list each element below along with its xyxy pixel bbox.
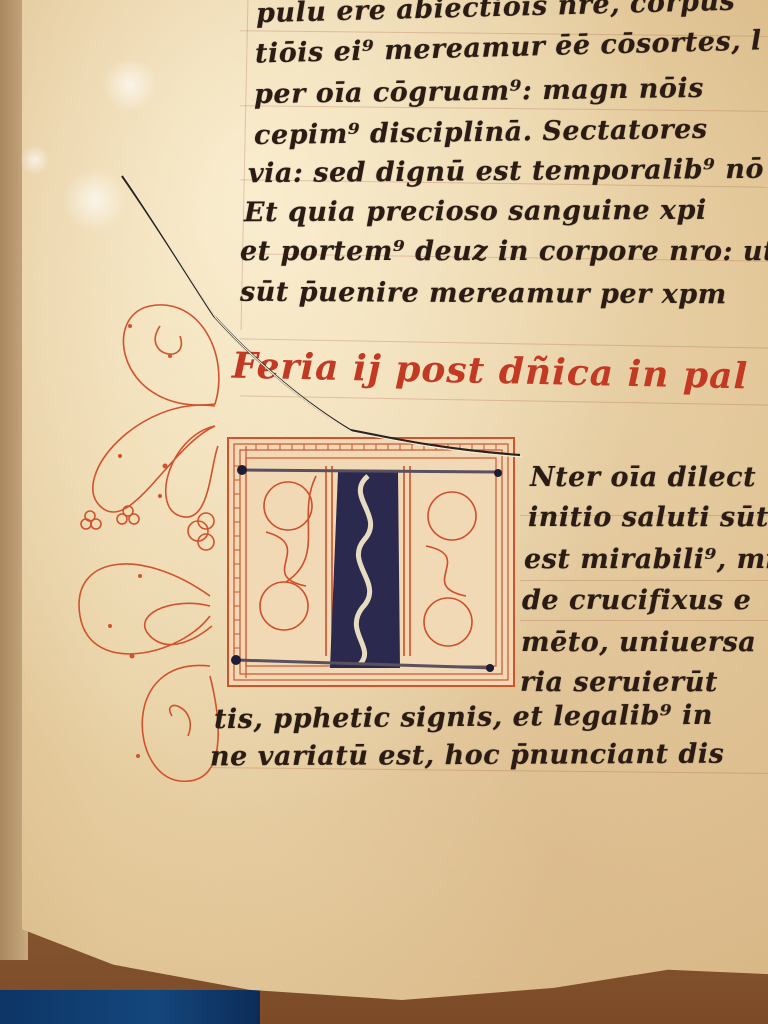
ruling-line <box>520 620 768 621</box>
mold-spot <box>20 145 50 175</box>
text-line: de crucifixus e <box>522 585 751 616</box>
text-line: per oīa cōgruam⁹: magn nōis <box>254 73 704 110</box>
text-line: ria seruierūt <box>520 667 718 698</box>
text-line: ne variatū est, hoc p̄nunciant dis <box>210 739 724 773</box>
text-line: mēto, uniuersa <box>521 627 756 658</box>
text-line: cepim⁹ disciplinā. Sectatores <box>254 114 708 151</box>
illuminated-initial-i <box>226 436 516 688</box>
text-line: initio saluti sūt <box>528 502 768 533</box>
text-line: Nter oīa dilect <box>530 462 756 493</box>
text-line: et portem⁹ deuz in corpore nro: ut <box>240 236 768 267</box>
text-line: tis, pphetic signis, et legalib⁹ in <box>214 700 713 735</box>
text-line: est mirabili⁹, mi <box>524 544 768 575</box>
text-line: sūt p̄uenire mereamur per xpm <box>240 277 727 311</box>
ruling-line <box>520 580 768 581</box>
mold-spot <box>100 60 160 110</box>
text-line: Et quia precioso sanguine xpi <box>244 195 707 228</box>
mold-spot <box>60 170 130 230</box>
blue-cloth <box>0 990 260 1024</box>
text-line: via: sed dignū est temporalib⁹ nō <box>248 154 764 190</box>
